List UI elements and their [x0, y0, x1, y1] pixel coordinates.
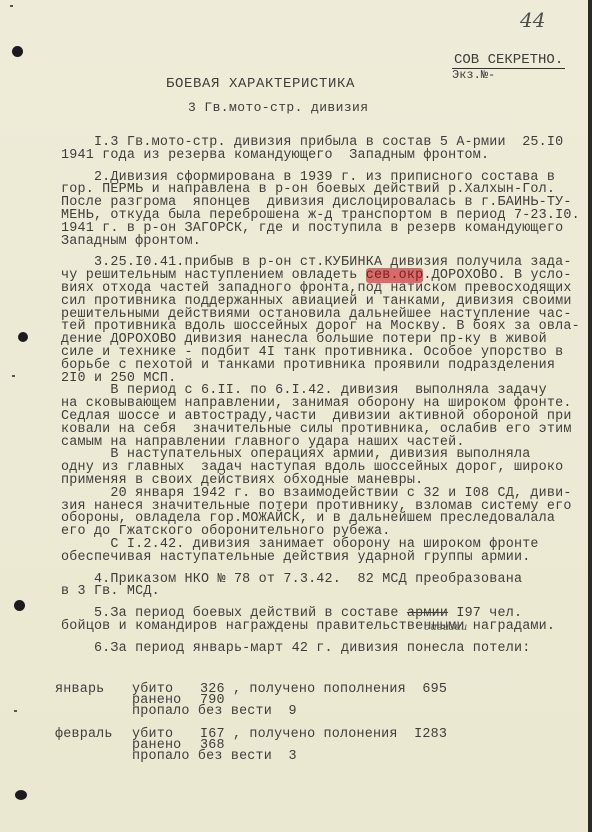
missing-value: пропало без вести 9: [132, 705, 297, 718]
punch-hole: [14, 600, 25, 611]
text-line: 20 января 1942 г. во взаимодействии с 32…: [61, 487, 572, 500]
punch-hole: [15, 790, 27, 800]
text-line: сил противника поддержанных авиацией и т…: [61, 295, 572, 308]
handwritten-insert: дивизии: [424, 622, 467, 633]
division-subtitle: 3 Гв.мото-стр. дивизия: [188, 100, 368, 115]
margin-mark: [14, 710, 17, 712]
text-line: 1941 года из резерва командующего Западн…: [61, 149, 489, 162]
loss-month: февраль: [55, 728, 113, 741]
margin-mark: [12, 375, 15, 377]
punch-hole: [12, 46, 23, 57]
text-line: 1941 г. в р-он ЗАГОРСК, где и поступила …: [61, 222, 563, 235]
killed-received-value: 326 , получено пополнения 695: [200, 683, 447, 696]
margin-mark: [10, 5, 13, 7]
text-line: ковали на себя значительные силы противн…: [61, 423, 572, 436]
text-line: в 3 Гв. МСД.: [61, 585, 160, 598]
missing-value: пропало без вести 3: [132, 750, 297, 763]
classification-stamp: СОВ СЕКРЕТНО.: [452, 52, 565, 69]
loss-month: январь: [55, 683, 104, 696]
page-title: БОЕВАЯ ХАРАКТЕРИСТИКА: [166, 76, 355, 92]
text-line: борьбе с пехотой и танками противника пр…: [61, 359, 555, 372]
text-line: Западным фронтом.: [61, 235, 201, 248]
killed-received-value: I67 , получено полонения I283: [200, 728, 447, 741]
document-page: 44 СОВ СЕКРЕТНО. Экз.№- БОЕВАЯ ХАРАКТЕРИ…: [0, 0, 592, 832]
text-line: обеспечивая наступательные действия удар…: [61, 551, 530, 564]
text-line: 6.За период январь-март 42 г. дивизия по…: [61, 642, 530, 655]
punch-hole: [18, 332, 28, 342]
page-number: 44: [520, 8, 545, 32]
copy-number: Экз.№-: [452, 68, 495, 82]
text-line: бойцов и командиров награждены правитель…: [61, 620, 555, 633]
